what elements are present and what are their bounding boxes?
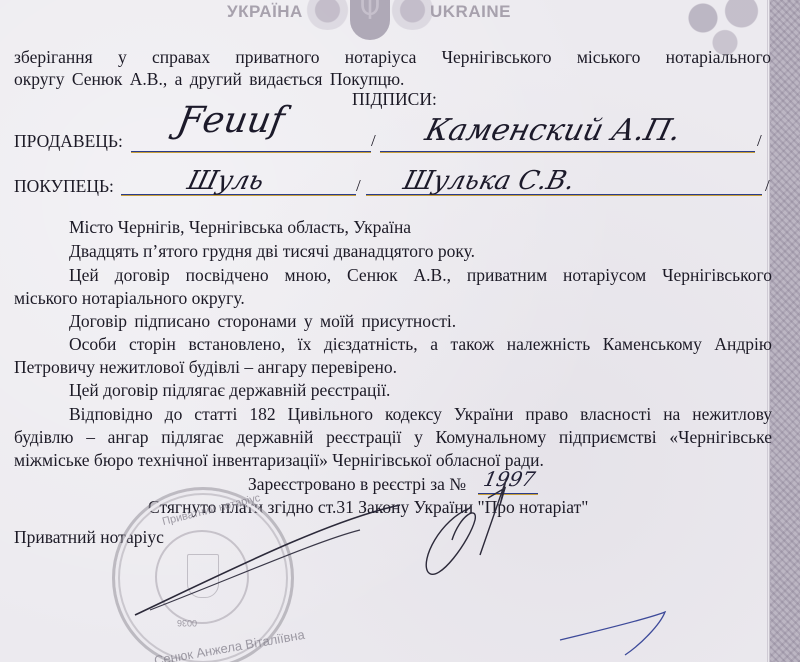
- cert-date: Двадцять п’ятого грудня дві тисячі двана…: [69, 240, 475, 262]
- seller-label: ПРОДАВЕЦЬ:: [14, 131, 123, 152]
- emblem-ornament-left: [305, 0, 350, 30]
- cert-city: Місто Чернігів, Чернігівська область, Ук…: [69, 216, 411, 238]
- cert-article-line-3: міжміське бюро технічної інвентаризації»…: [14, 449, 544, 471]
- buyer-slash-end: /: [765, 176, 770, 196]
- buyer-label: ПОКУПЕЦЬ:: [14, 176, 114, 197]
- seller-slash-end: /: [757, 131, 762, 151]
- seller-signature-line: [131, 151, 371, 152]
- notary-stamp: Приватний нотаріус Сенюк Анжела Віталіїв…: [112, 487, 294, 662]
- coat-of-arms-emblem: Ψ: [315, 0, 425, 46]
- security-border-pattern: [769, 0, 800, 662]
- seller-signature: Ƒeuuf: [174, 100, 287, 141]
- cert-registration-required: Цей договір підлягає державній реєстраці…: [69, 379, 390, 401]
- buyer-slash: /: [356, 176, 361, 196]
- cert-persons-line-1: Особи сторін встановлено, їх дієздатніст…: [69, 333, 772, 355]
- cert-notary-line-2: міського нотаріального округу.: [14, 287, 245, 309]
- seller-handwritten-name: Каменский А.П.: [422, 113, 685, 148]
- intro-line-2: округу Сенюк А.В., а другий видається По…: [14, 68, 404, 90]
- registry-number: 1997: [481, 467, 537, 491]
- buyer-signature: Шуль: [184, 166, 267, 196]
- header-word-ukraine: UKRAINE: [430, 2, 511, 22]
- stamp-emblem-icon: [187, 554, 219, 598]
- cert-article-line-1: Відповідно до статті 182 Цивільного коде…: [69, 403, 772, 425]
- header-word-ukraina: УКРАЇНА: [227, 2, 303, 22]
- stamp-text-code: 0036: [177, 618, 197, 628]
- registry-label: Зареєстровано в реєстрі за №: [248, 473, 466, 495]
- trident-icon: Ψ: [350, 0, 390, 26]
- seller-name-line: [380, 151, 755, 152]
- intro-line-1: зберігання у справах приватного нотаріус…: [14, 46, 771, 68]
- security-border-line: [767, 0, 768, 662]
- registry-number-underline: [478, 493, 538, 494]
- cert-signed: Договір підписано сторонами у моїй прису…: [69, 310, 456, 332]
- seller-slash: /: [371, 131, 376, 151]
- emblem-ornament-right: [390, 0, 435, 30]
- buyer-handwritten-name: Шулька С.В.: [400, 166, 578, 196]
- cert-notary-line-1: Цей договір посвідчено мною, Сенюк А.В.,…: [69, 264, 772, 286]
- signatures-title: ПІДПИСИ:: [352, 88, 437, 110]
- header-watermark: УКРАЇНА Ψ UKRAINE: [195, 0, 525, 40]
- cert-article-line-2: будівлю – ангар підлягає державній реєст…: [14, 426, 772, 448]
- cert-persons-line-2: Петровичу нежитлової будівлі – ангару пе…: [14, 356, 397, 378]
- stamp-inner-ring: [155, 530, 249, 624]
- stamp-text-top: Приватний нотаріус: [161, 492, 262, 528]
